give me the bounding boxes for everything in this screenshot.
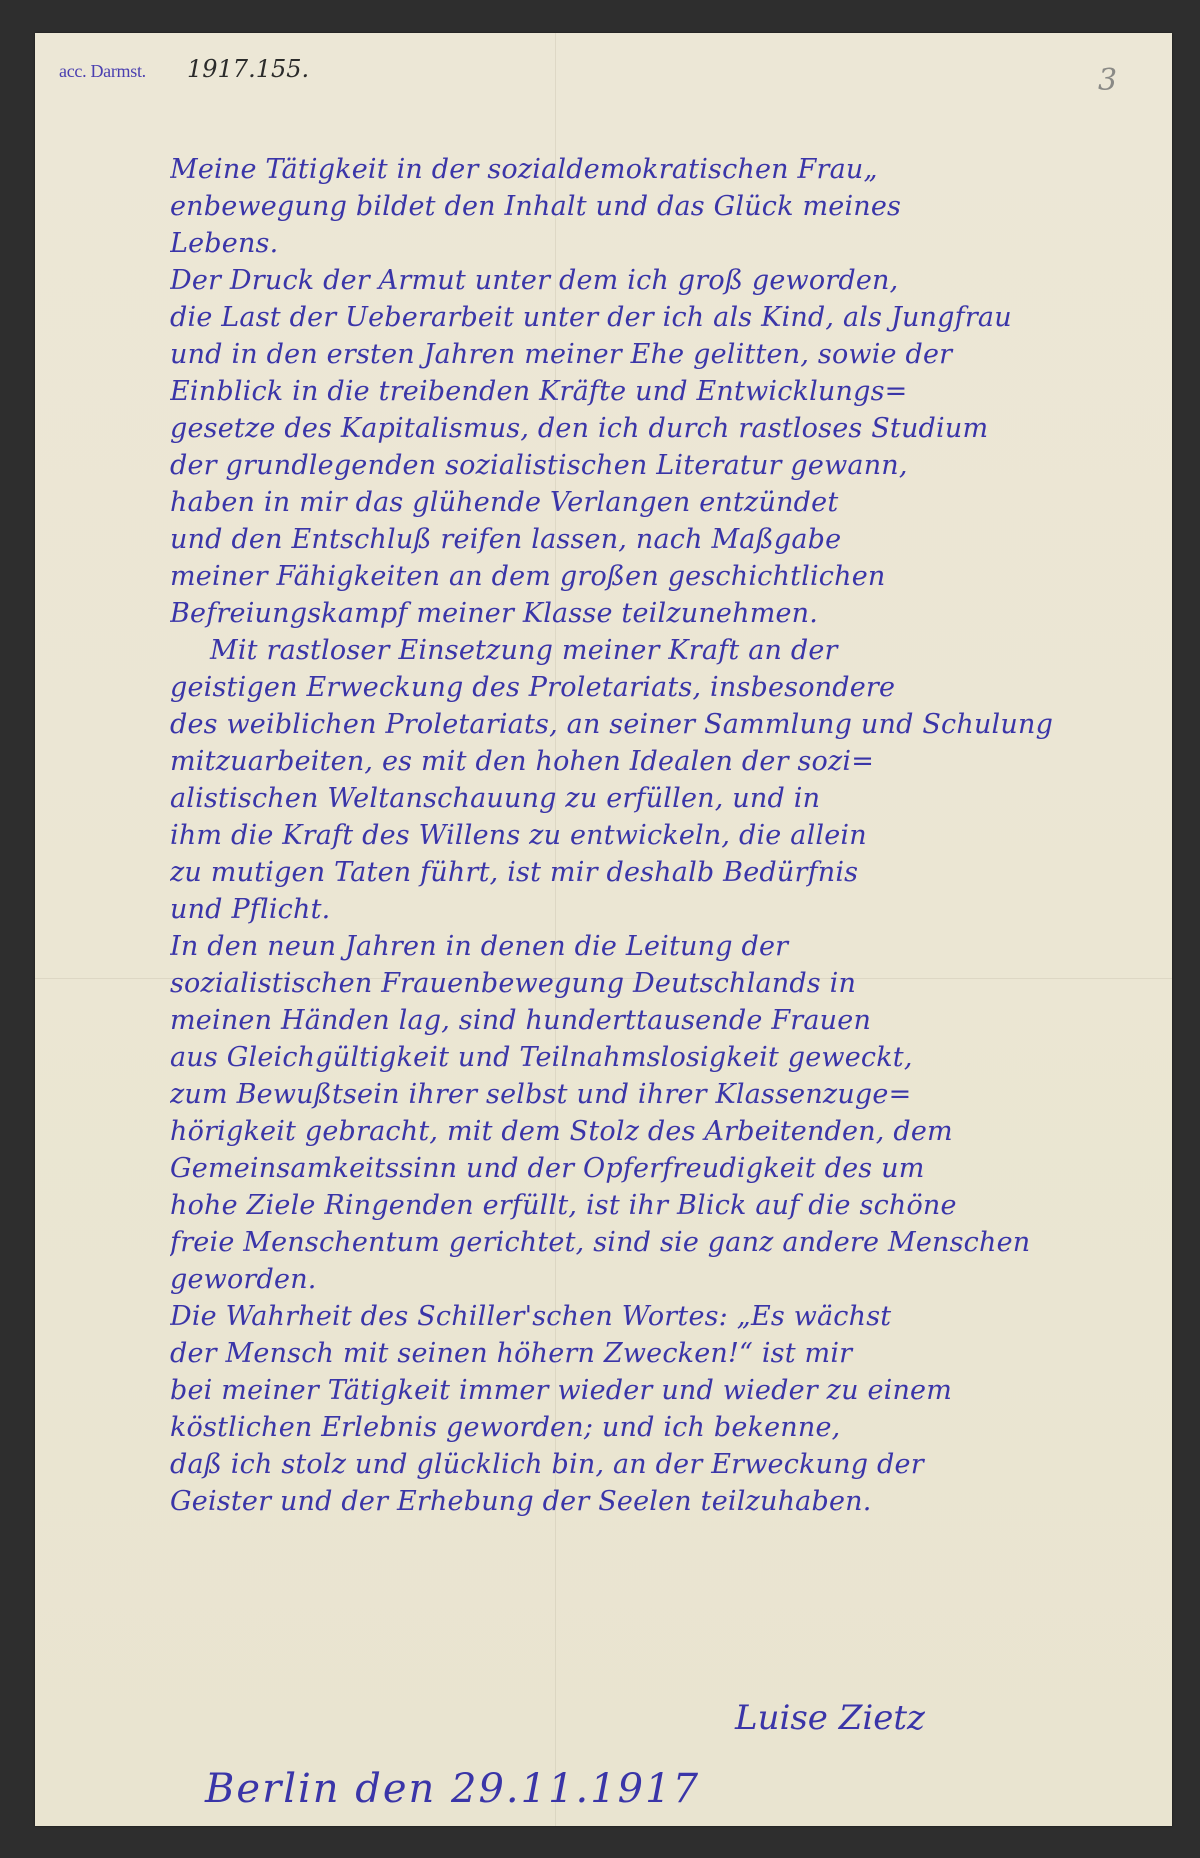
letter-page: acc. Darmst. 1917.155. 3 Meine Tätigkeit… <box>35 33 1172 1826</box>
accession-number: 1917.155. <box>187 55 309 83</box>
body-line: meinen Händen lag, sind hunderttausende … <box>170 1002 1160 1039</box>
body-line: die Last der Ueberarbeit unter der ich a… <box>170 299 1160 336</box>
archive-stamp: acc. Darmst. <box>59 61 146 82</box>
body-line: und in den ersten Jahren meiner Ehe geli… <box>170 336 1160 373</box>
body-line: Lebens. <box>170 225 1160 262</box>
body-line: köstlichen Erlebnis geworden; und ich be… <box>170 1409 1160 1446</box>
body-line: zu mutigen Taten führt, ist mir deshalb … <box>170 854 1160 891</box>
body-line: alistischen Weltanschauung zu erfüllen, … <box>170 780 1160 817</box>
body-line: Geister und der Erhebung der Seelen teil… <box>170 1483 1160 1520</box>
body-line: Mit rastloser Einsetzung meiner Kraft an… <box>170 632 1160 669</box>
body-line: geworden. <box>170 1261 1160 1298</box>
body-line: freie Menschentum gerichtet, sind sie ga… <box>170 1224 1160 1261</box>
body-line: haben in mir das glühende Verlangen entz… <box>170 484 1160 521</box>
body-line: enbewegung bildet den Inhalt und das Glü… <box>170 188 1160 225</box>
body-line: der Mensch mit seinen höhern Zwecken!“ i… <box>170 1335 1160 1372</box>
body-line: meiner Fähigkeiten an dem großen geschic… <box>170 558 1160 595</box>
body-line: sozialistischen Frauenbewegung Deutschla… <box>170 965 1160 1002</box>
place-and-date: Berlin den 29.11.1917 <box>205 1766 700 1812</box>
body-line: hohe Ziele Ringenden erfüllt, ist ihr Bl… <box>170 1187 1160 1224</box>
body-line: Einblick in die treibenden Kräfte und En… <box>170 373 1160 410</box>
signature: Luise Zietz <box>735 1698 925 1738</box>
body-line: ihm die Kraft des Willens zu entwickeln,… <box>170 817 1160 854</box>
letter-body: Meine Tätigkeit in der sozialdemokratisc… <box>170 151 1160 1520</box>
body-line: und Pflicht. <box>170 891 1160 928</box>
body-line: aus Gleichgültigkeit und Teilnahmslosigk… <box>170 1039 1160 1076</box>
body-line: mitzuarbeiten, es mit den hohen Idealen … <box>170 743 1160 780</box>
body-line: geistigen Erweckung des Proletariats, in… <box>170 669 1160 706</box>
body-line: Die Wahrheit des Schiller'schen Wortes: … <box>170 1298 1160 1335</box>
body-line: hörigkeit gebracht, mit dem Stolz des Ar… <box>170 1113 1160 1150</box>
body-line: und den Entschluß reifen lassen, nach Ma… <box>170 521 1160 558</box>
body-line: gesetze des Kapitalismus, den ich durch … <box>170 410 1160 447</box>
body-line: Meine Tätigkeit in der sozialdemokratisc… <box>170 151 1160 188</box>
body-line: zum Bewußtsein ihrer selbst und ihrer Kl… <box>170 1076 1160 1113</box>
body-line: In den neun Jahren in denen die Leitung … <box>170 928 1160 965</box>
body-line: Der Druck der Armut unter dem ich groß g… <box>170 262 1160 299</box>
body-line: Gemeinsamkeitssinn und der Opferfreudigk… <box>170 1150 1160 1187</box>
body-line: des weiblichen Proletariats, an seiner S… <box>170 706 1160 743</box>
body-line: der grundlegenden sozialistischen Litera… <box>170 447 1160 484</box>
body-line: daß ich stolz und glücklich bin, an der … <box>170 1446 1160 1483</box>
body-line: Befreiungskampf meiner Klasse teilzunehm… <box>170 595 1160 632</box>
body-line: bei meiner Tätigkeit immer wieder und wi… <box>170 1372 1160 1409</box>
page-number: 3 <box>1098 63 1117 98</box>
